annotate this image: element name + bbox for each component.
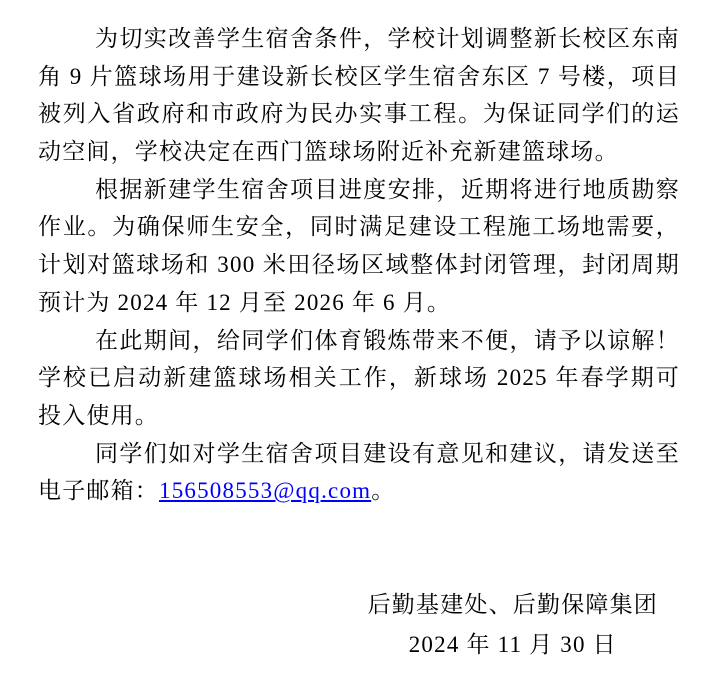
email-line: 电子邮箱：156508553@qq.com。 xyxy=(38,472,680,510)
email-link[interactable]: 156508553@qq.com xyxy=(159,478,371,503)
body-line: 学校已启动新建篮球场相关工作，新球场 2025 年春学期可 xyxy=(38,359,680,397)
signature-department: 后勤基建处、后勤保障集团 xyxy=(368,586,658,624)
body-line: 投入使用。 xyxy=(38,397,680,435)
email-label: 电子邮箱： xyxy=(38,478,159,503)
signature-block: 后勤基建处、后勤保障集团 2024 年 11 月 30 日 xyxy=(38,586,680,663)
body-line: 在此期间，给同学们体育锻炼带来不便，请予以谅解！ xyxy=(38,322,680,360)
body-line: 计划对篮球场和 300 米田径场区域整体封闭管理，封闭周期 xyxy=(38,246,680,284)
body-line: 根据新建学生宿舍项目进度安排，近期将进行地质勘察 xyxy=(38,171,680,209)
body-line: 作业。为确保师生安全，同时满足建设工程施工场地需要， xyxy=(38,208,680,246)
sentence-end: 。 xyxy=(371,478,395,503)
body-line: 角 9 片篮球场用于建设新长校区学生宿舍东区 7 号楼，项目 xyxy=(38,58,680,96)
signature-date: 2024 年 11 月 30 日 xyxy=(368,626,658,664)
signature-inner: 后勤基建处、后勤保障集团 2024 年 11 月 30 日 xyxy=(368,586,658,663)
body-line: 预计为 2024 年 12 月至 2026 年 6 月。 xyxy=(38,284,680,322)
body-line: 动空间，学校决定在西门篮球场附近补充新建篮球场。 xyxy=(38,133,680,171)
body-line: 同学们如对学生宿舍项目建设有意见和建议，请发送至 xyxy=(38,435,680,473)
body-line: 为切实改善学生宿舍条件，学校计划调整新长校区东南 xyxy=(38,20,680,58)
notice-document: 为切实改善学生宿舍条件，学校计划调整新长校区东南 角 9 片篮球场用于建设新长校… xyxy=(0,0,715,686)
body-line: 被列入省政府和市政府为民办实事工程。为保证同学们的运 xyxy=(38,95,680,133)
